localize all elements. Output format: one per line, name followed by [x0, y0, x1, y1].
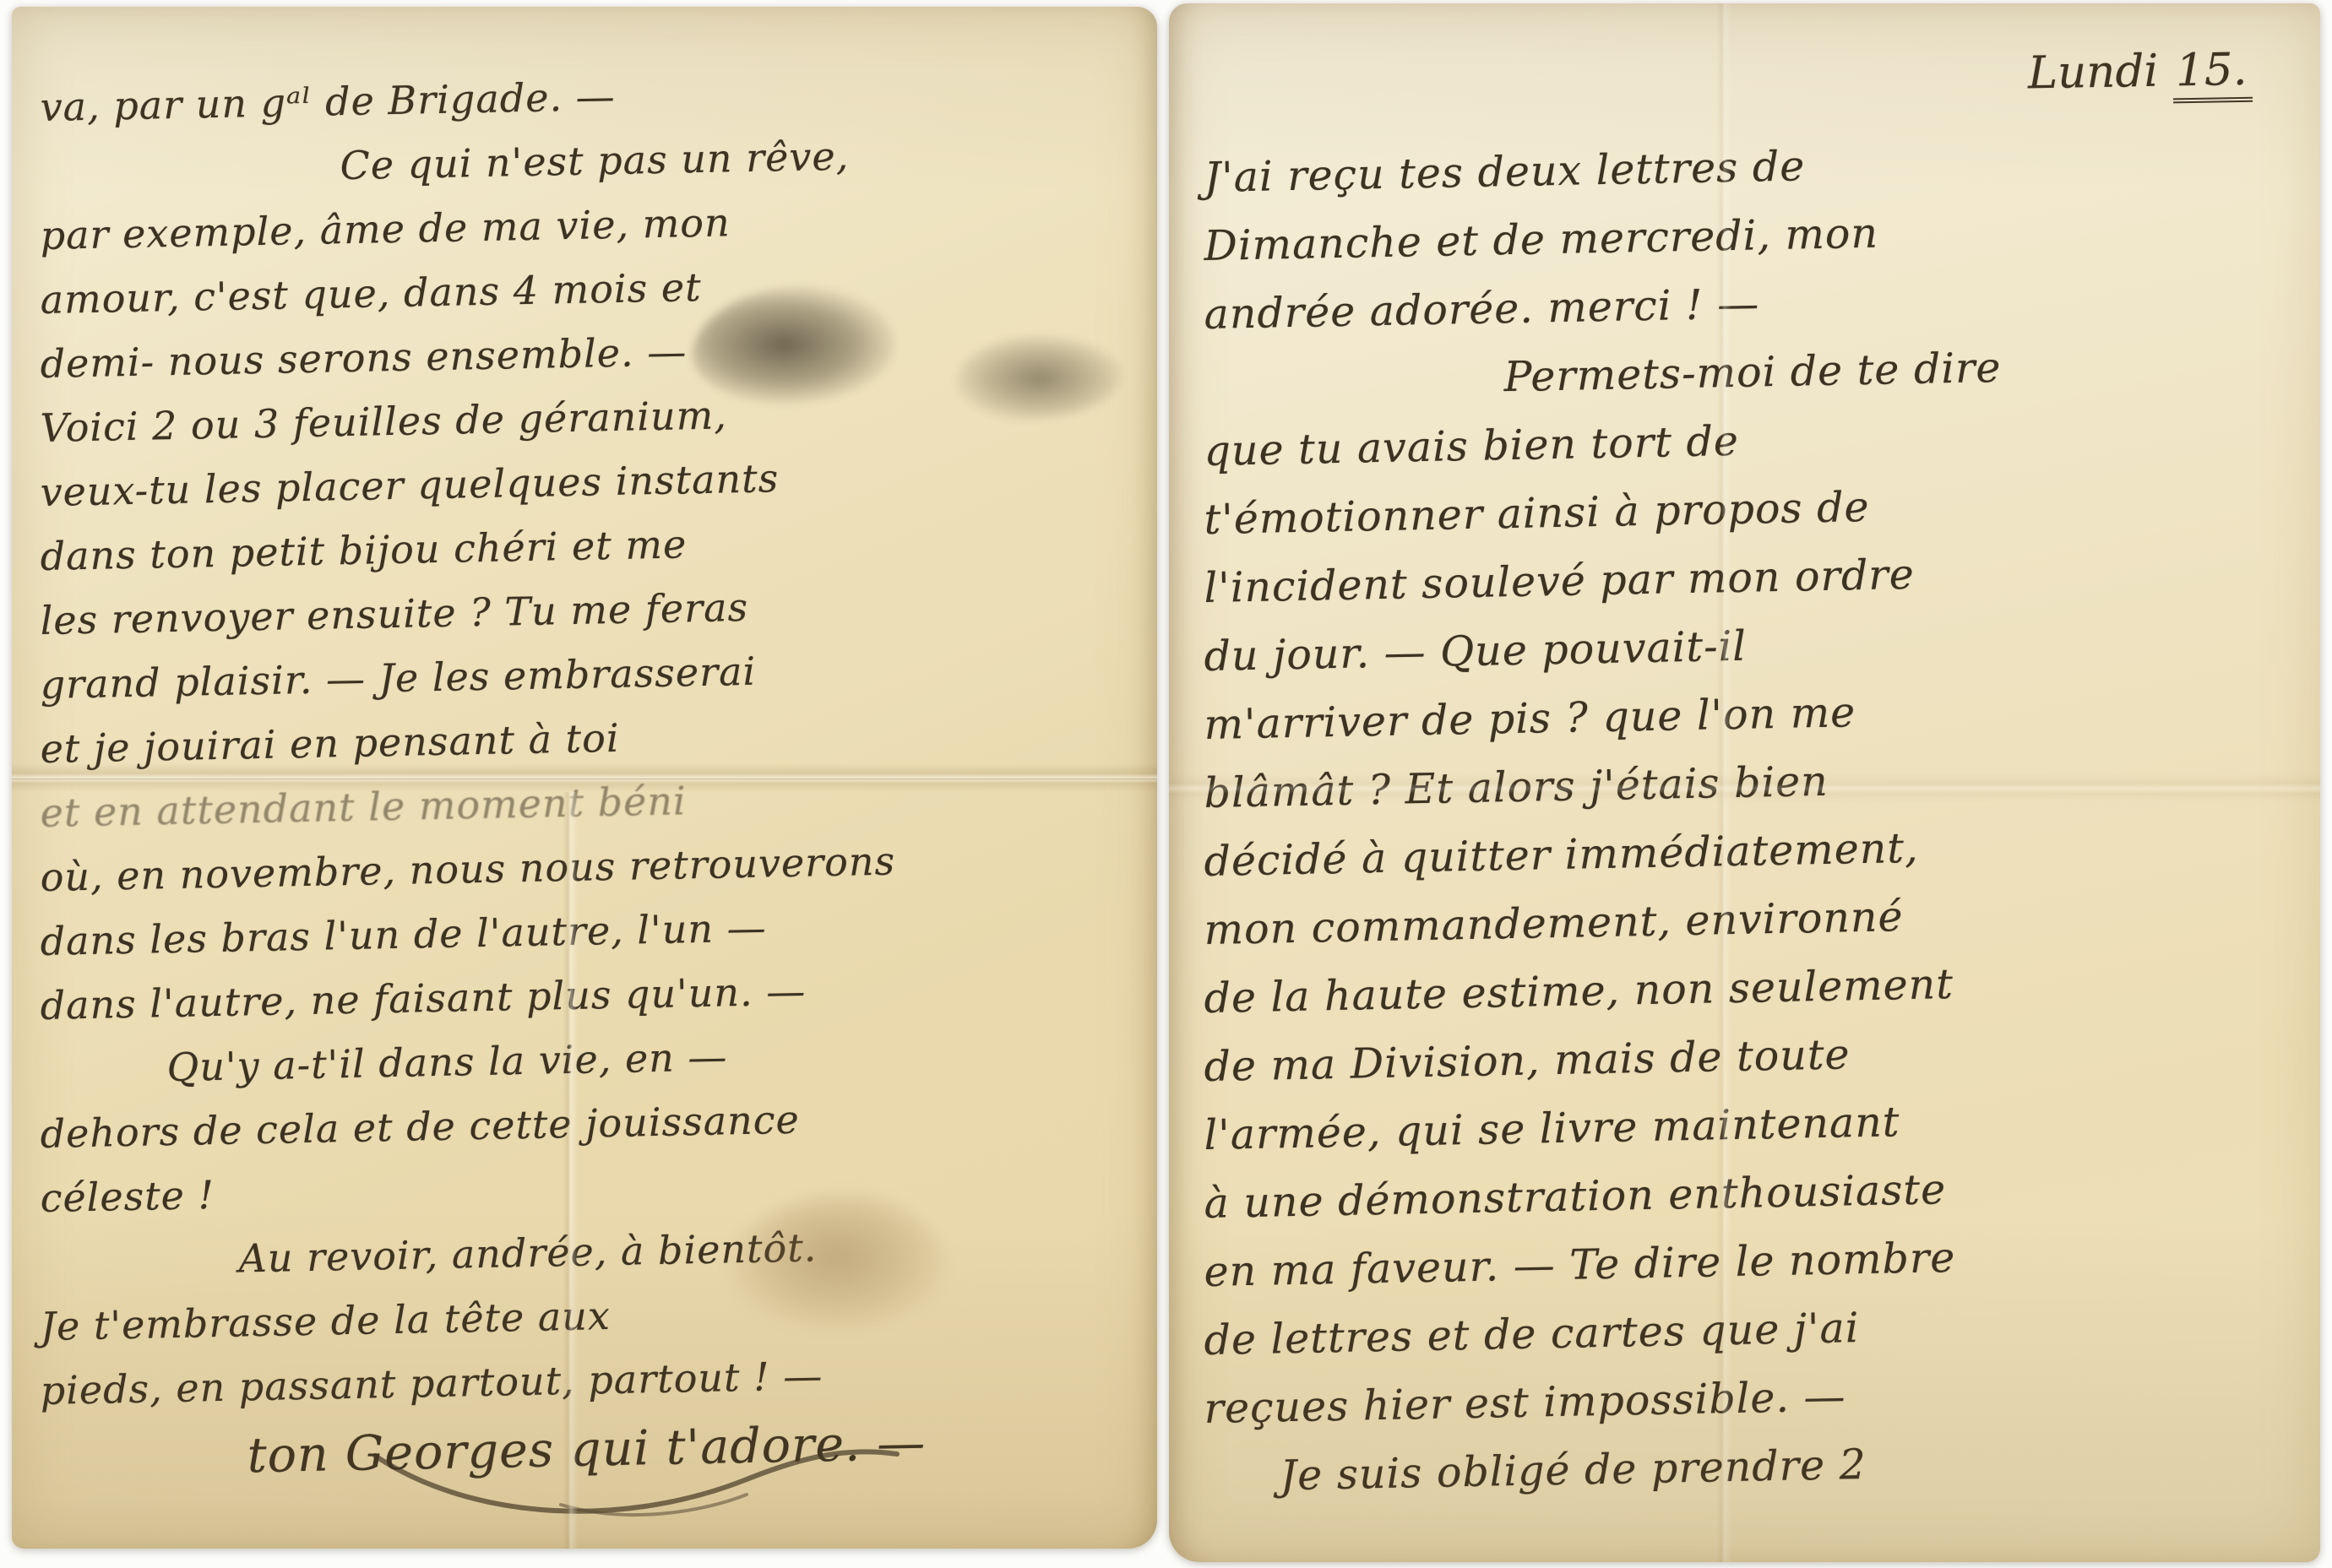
- letter-page-right: Lundi 15. J'ai reçu tes deux lettres de …: [1169, 3, 2320, 1562]
- date-word: Lundi: [2027, 46, 2158, 100]
- letter-scan: va, par un gᵃˡ de Brigade. — Ce qui n'es…: [0, 0, 2332, 1568]
- right-page-text: Lundi 15. J'ai reçu tes deux lettres de …: [1198, 3, 2312, 1562]
- date-number: 15.: [2172, 44, 2253, 104]
- left-page-text: va, par un gᵃˡ de Brigade. — Ce qui n'es…: [41, 7, 1149, 1549]
- letter-page-left: va, par un gᵃˡ de Brigade. — Ce qui n'es…: [12, 7, 1157, 1549]
